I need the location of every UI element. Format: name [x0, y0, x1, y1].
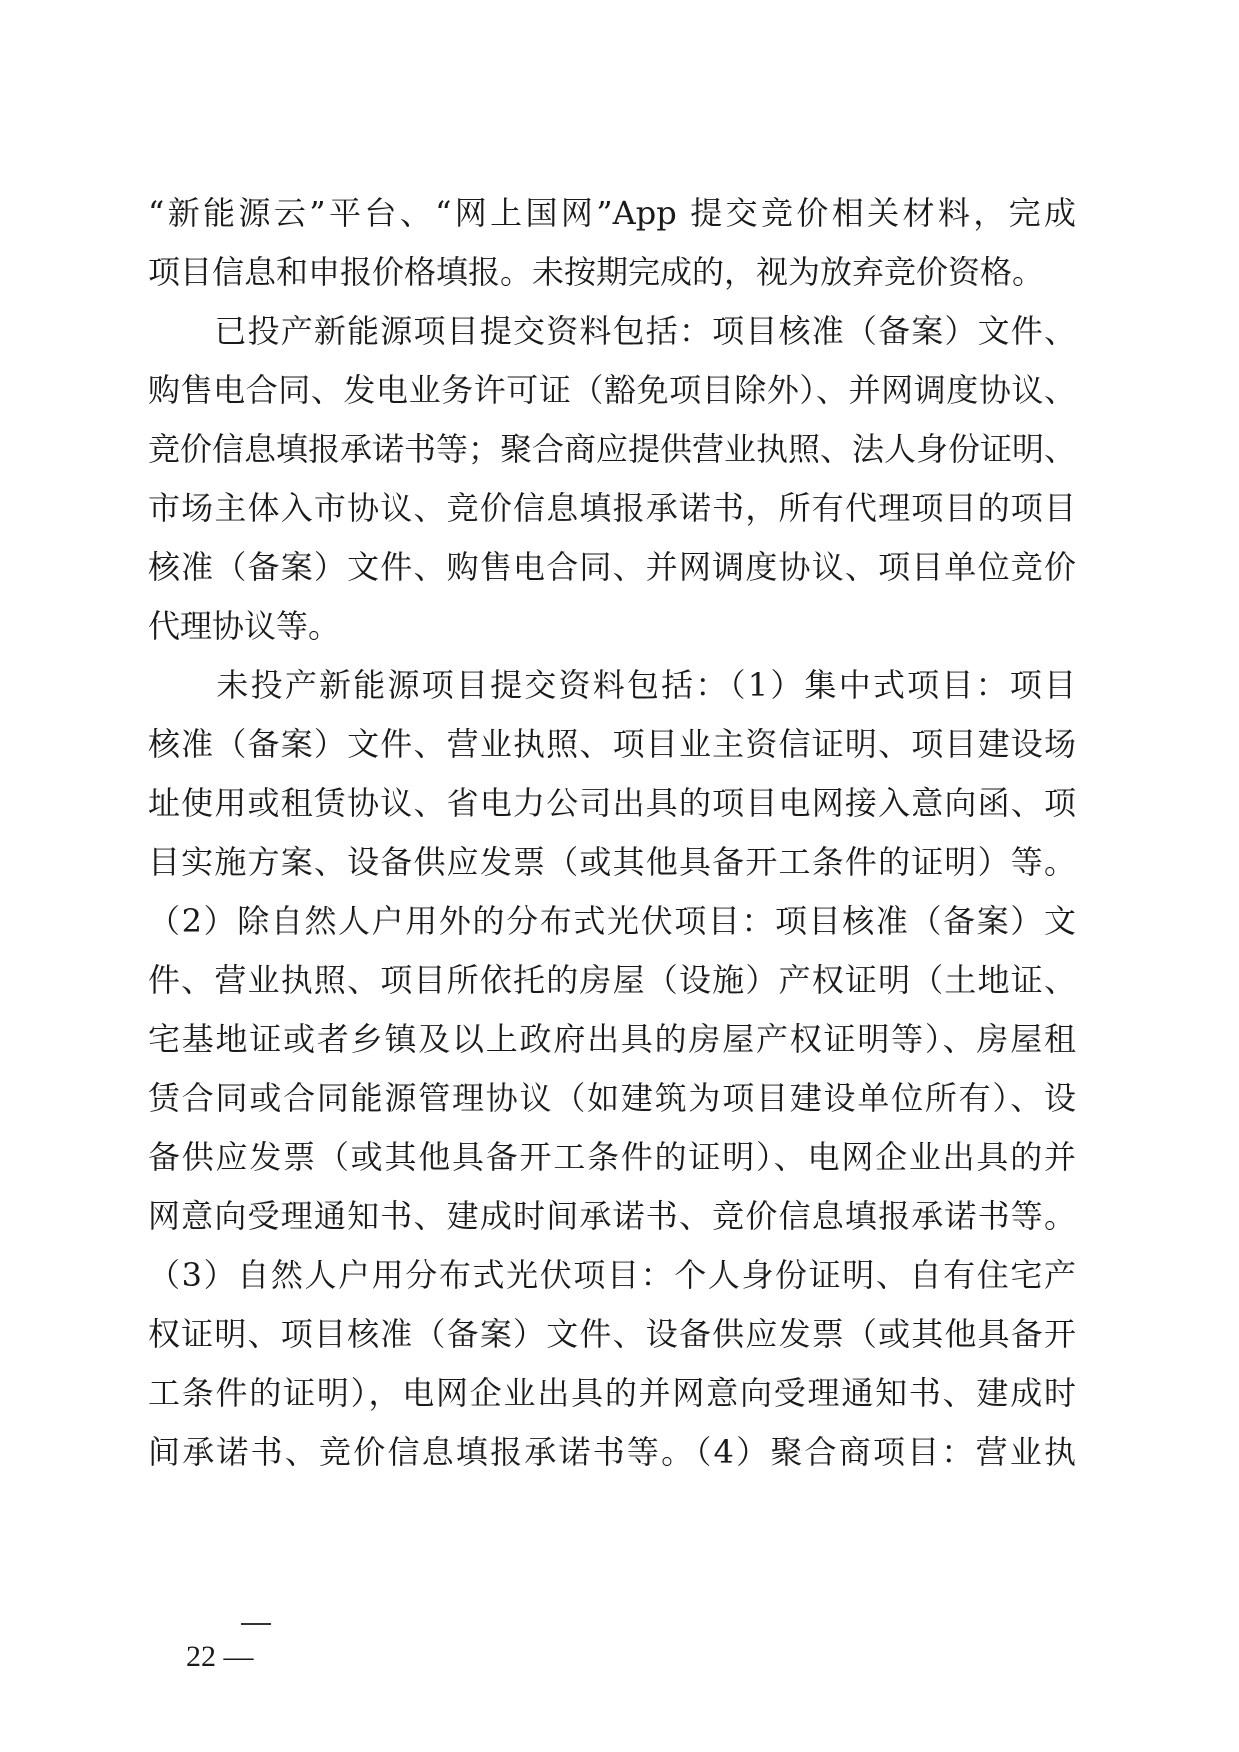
text-line: 赁合同或合同能源管理协议（如建筑为项目建设单位所有）、设 — [148, 1069, 1076, 1128]
text-line: 工条件的证明），电网企业出具的并网意向受理通知书、建成时 — [148, 1364, 1076, 1423]
text-line: 核准（备案）文件、营业执照、项目业主资信证明、项目建设场 — [148, 715, 1076, 774]
page-number: 22 — — [186, 1640, 254, 1674]
text-line: “新能源云”平台、“网上国网”App 提交竞价相关材料，完成 — [148, 184, 1076, 243]
text-line: 购售电合同、发电业务许可证（豁免项目除外）、并网调度协议、 — [148, 361, 1076, 420]
text-line: （2）除自然人户用外的分布式光伏项目：项目核准（备案）文 — [148, 892, 1076, 951]
text-line: 目实施方案、设备供应发票（或其他具备开工条件的证明）等。 — [148, 833, 1076, 892]
text-line: （3）自然人户用分布式光伏项目：个人身份证明、自有住宅产 — [148, 1246, 1076, 1305]
text-line: 项目信息和申报价格填报。未按期完成的，视为放弃竞价资格。 — [148, 243, 1076, 302]
body-text: “新能源云”平台、“网上国网”App 提交竞价相关材料，完成 项目信息和申报价格… — [148, 184, 1076, 1482]
text-line: 已投产新能源项目提交资料包括：项目核准（备案）文件、 — [148, 302, 1076, 361]
text-line: 代理协议等。 — [148, 597, 1076, 656]
footer-dash-divider — [241, 1623, 271, 1625]
text-line: 权证明、项目核准（备案）文件、设备供应发票（或其他具备开 — [148, 1305, 1076, 1364]
text-line: 件、营业执照、项目所依托的房屋（设施）产权证明（土地证、 — [148, 951, 1076, 1010]
text-line: 未投产新能源项目提交资料包括：（1）集中式项目：项目 — [148, 656, 1076, 715]
text-line: 备供应发票（或其他具备开工条件的证明）、电网企业出具的并 — [148, 1128, 1076, 1187]
text-line: 间承诺书、竞价信息填报承诺书等。（4）聚合商项目：营业执 — [148, 1423, 1076, 1482]
text-line: 址使用或租赁协议、省电力公司出具的项目电网接入意向函、项 — [148, 774, 1076, 833]
document-page: “新能源云”平台、“网上国网”App 提交竞价相关材料，完成 项目信息和申报价格… — [0, 0, 1239, 1752]
text-line: 竞价信息填报承诺书等；聚合商应提供营业执照、法人身份证明、 — [148, 420, 1076, 479]
text-line: 市场主体入市协议、竞价信息填报承诺书，所有代理项目的项目 — [148, 479, 1076, 538]
text-line: 核准（备案）文件、购售电合同、并网调度协议、项目单位竞价 — [148, 538, 1076, 597]
text-line: 网意向受理通知书、建成时间承诺书、竞价信息填报承诺书等。 — [148, 1187, 1076, 1246]
text-line: 宅基地证或者乡镇及以上政府出具的房屋产权证明等）、房屋租 — [148, 1010, 1076, 1069]
